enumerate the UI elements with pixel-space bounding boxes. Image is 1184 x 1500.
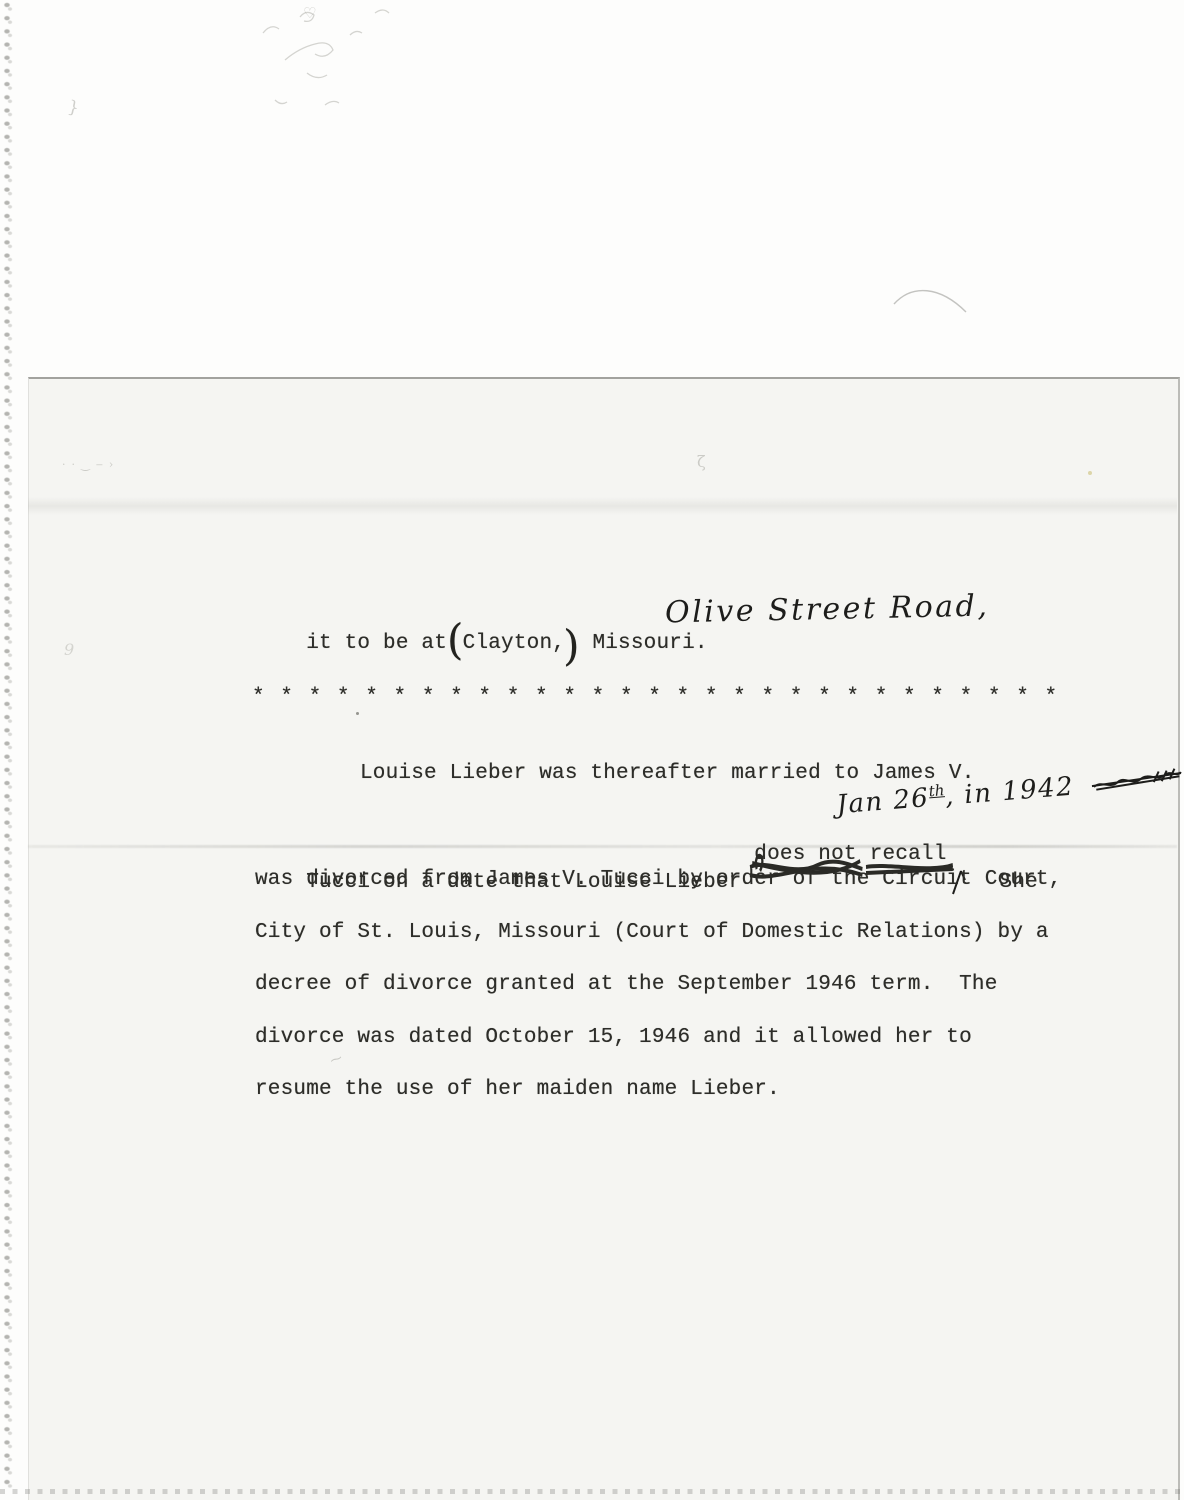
date-ordinal: th <box>928 781 945 800</box>
pencil-heart-mark: ♡ <box>303 4 316 22</box>
paragraph-line-3: was divorced from James V. Tucci by orde… <box>255 866 1062 894</box>
paper-speck <box>1088 471 1092 475</box>
scribbled-out-word <box>1091 764 1184 796</box>
paragraph-line-5: decree of divorce granted at the Septemb… <box>255 971 998 999</box>
asterisk-separator: * * * * * * * * * * * * * * * * * * * * … <box>252 684 1059 712</box>
paragraph-line-7: resume the use of her maiden name Lieber… <box>255 1076 780 1104</box>
typed-line-clayton: it to be at(Clayton,) Missouri. <box>255 602 708 686</box>
pencil-nine-mark: 9 <box>64 640 74 659</box>
pencil-brace-mark: } <box>66 97 81 119</box>
paragraph-line-4: City of St. Louis, Missouri (Court of Do… <box>255 919 1049 947</box>
typed-text-after: Missouri. <box>580 632 708 655</box>
scan-perforation-bottom <box>0 1489 1184 1494</box>
typed-place: Clayton, <box>463 632 565 655</box>
paper-crease-upper <box>28 497 1177 515</box>
pencil-dots-mark: ··‿‒› <box>62 458 119 471</box>
pencil-zeta-mark: ζ <box>697 452 706 471</box>
paragraph-line-1: Louise Lieber was thereafter married to … <box>360 760 975 788</box>
pencil-scribble-cluster <box>255 5 465 115</box>
scanned-document-page: ♡ } ··‿‒› ζ 9 it to be at(Clayton,) Miss… <box>0 0 1184 1500</box>
handwritten-street-note: Olive Street Road, <box>665 589 990 631</box>
paragraph-line-6: divorce was dated October 15, 1946 and i… <box>255 1024 972 1052</box>
notebook-perforation-left <box>0 0 17 1492</box>
hair-line-mark <box>892 282 970 318</box>
paper-dot <box>356 712 359 715</box>
typed-text: it to be at <box>306 632 447 655</box>
